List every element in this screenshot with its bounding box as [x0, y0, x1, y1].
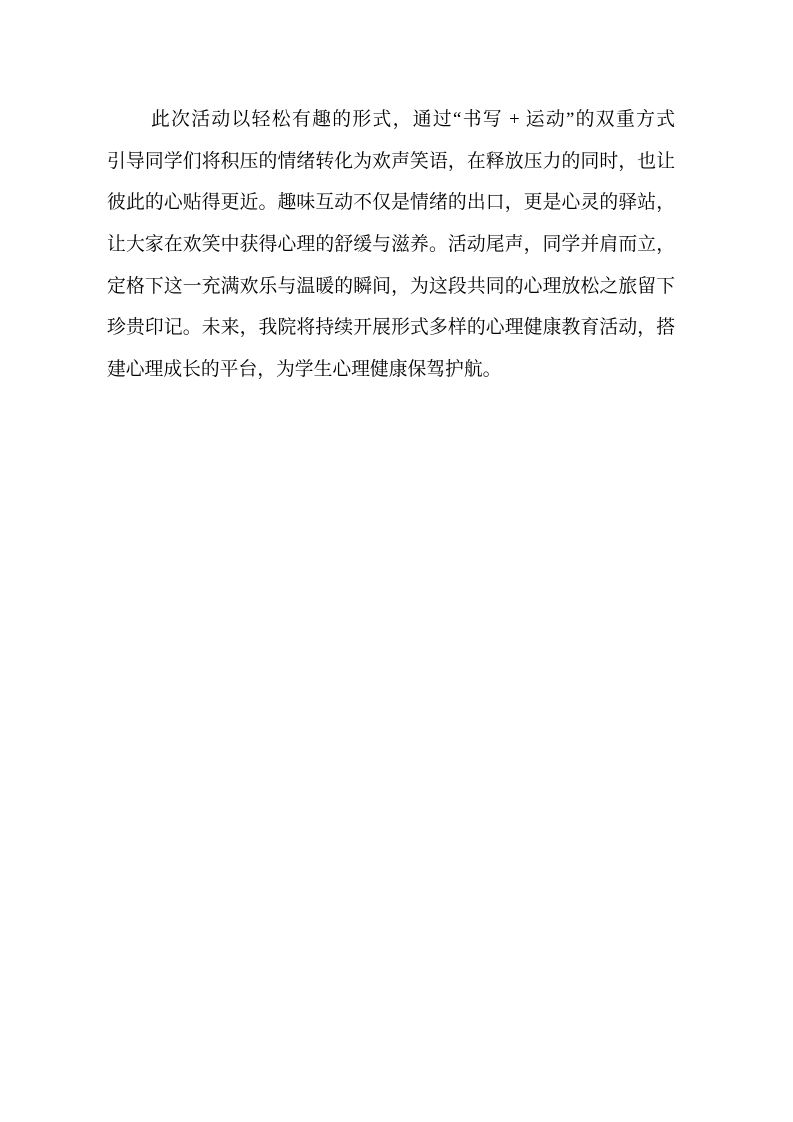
paragraph-line: 彼此的心贴得更近。趣味互动不仅是情绪的出口，更是心灵的驿站，	[107, 182, 675, 224]
paragraph: 此次活动以轻松有趣的形式，通过“书写 + 运动”的双重方式 引导同学们将积压的情…	[107, 99, 675, 391]
paragraph-line: 珍贵印记。未来，我院将持续开展形式多样的心理健康教育活动，搭	[107, 307, 675, 349]
document-page: 此次活动以轻松有趣的形式，通过“书写 + 运动”的双重方式 引导同学们将积压的情…	[0, 0, 793, 1122]
paragraph-line: 让大家在欢笑中获得心理的舒缓与滋养。活动尾声，同学并肩而立，	[107, 224, 675, 266]
paragraph-line: 引导同学们将积压的情绪转化为欢声笑语，在释放压力的同时，也让	[107, 141, 675, 183]
paragraph-line: 建心理成长的平台，为学生心理健康保驾护航。	[107, 349, 675, 391]
paragraph-line: 此次活动以轻松有趣的形式，通过“书写 + 运动”的双重方式	[107, 99, 675, 141]
paragraph-line: 定格下这一充满欢乐与温暖的瞬间，为这段共同的心理放松之旅留下	[107, 266, 675, 308]
